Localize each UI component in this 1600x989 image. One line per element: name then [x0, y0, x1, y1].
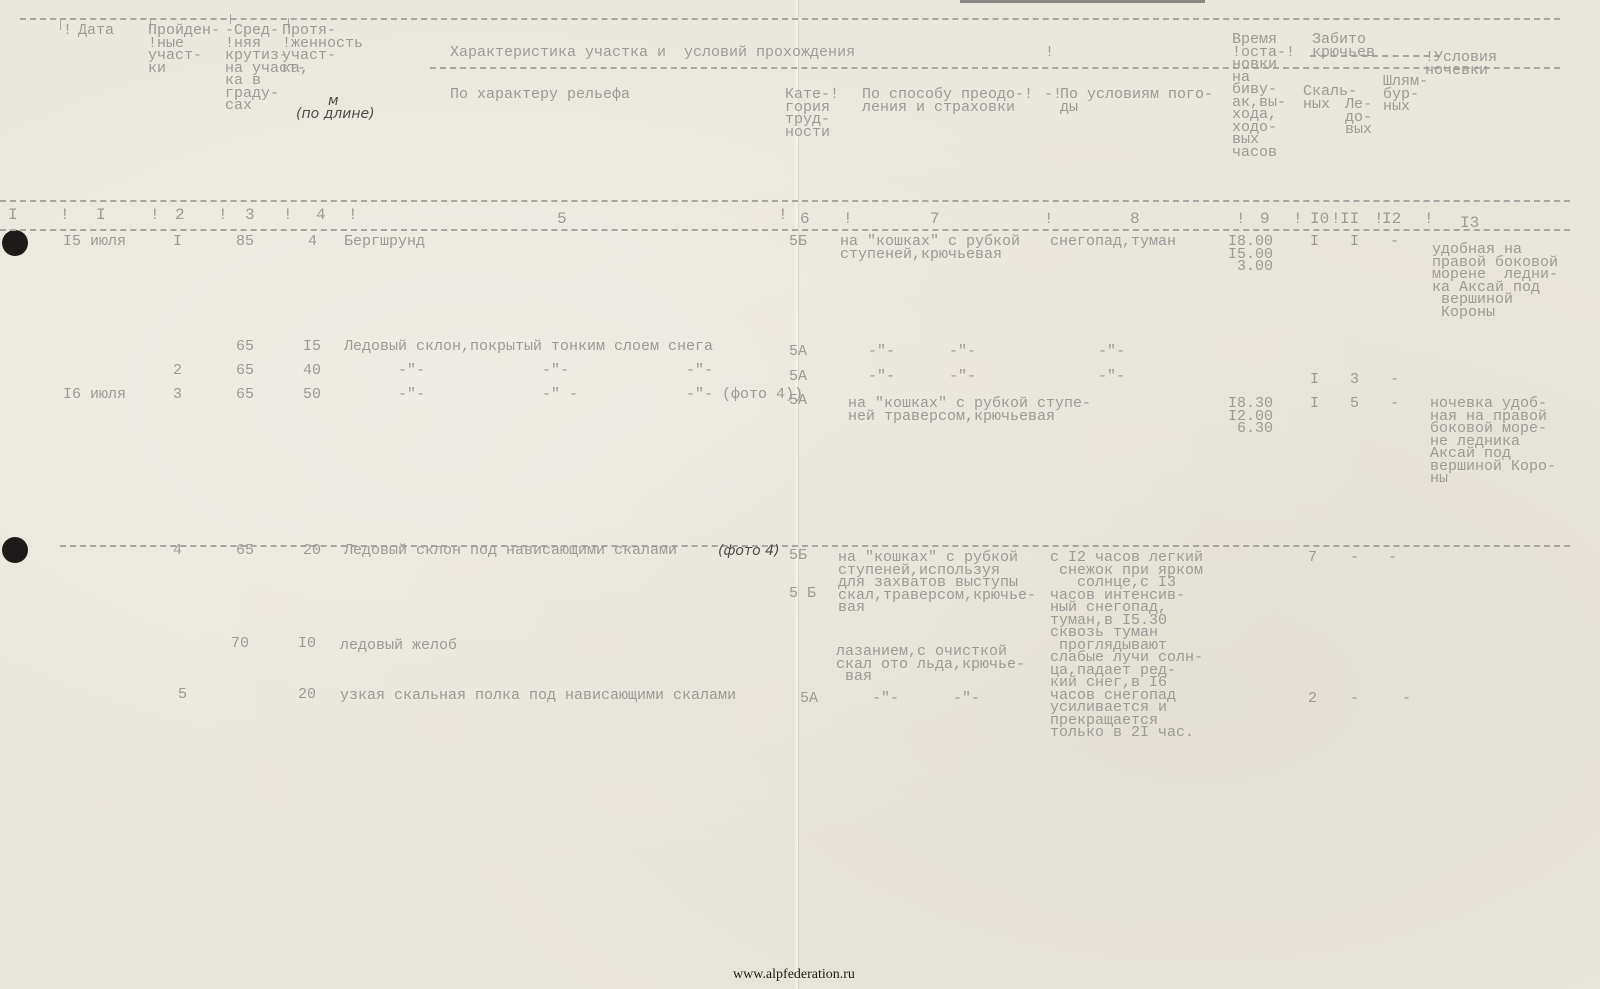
cell-method: -"- -"- [872, 693, 980, 706]
colnum: I [96, 206, 106, 224]
cell-category: 5А [800, 693, 818, 706]
cell-relief: узкая скальная полка под нависающими ска… [340, 690, 736, 703]
cell-method: на "кошках" с рубкой ступеней,используя … [838, 552, 1036, 615]
cell-length: 50 [303, 389, 321, 402]
colnum: 5 [557, 210, 567, 228]
rule-group-header [430, 67, 1560, 69]
header-pitons-bolt: Шлям- бур- ных [1383, 76, 1428, 114]
colnum: 4 [316, 206, 326, 224]
sep: ! [1293, 210, 1303, 228]
cell-section: 3 [173, 389, 182, 402]
cell-relief: Ледовый склон,покрытый тонким слоем снег… [344, 341, 713, 354]
paper-fold-shadow [798, 0, 799, 989]
sep: ! [1236, 210, 1246, 228]
cell-relief-photo-note: (фото 4) [718, 545, 780, 558]
cell-bivouac: ночевка удоб- ная на правой боковой море… [1430, 398, 1556, 486]
header-length-note: (по длине) [296, 108, 375, 121]
cell-relief: Бергшрунд [344, 236, 425, 249]
cell-section: 2 [173, 365, 182, 378]
cell-weather: снегопад,туман [1050, 236, 1176, 249]
cell-date: I6 июля [63, 389, 126, 402]
cell-section: I [173, 236, 182, 249]
watermark-url: www.alpfederation.ru [733, 967, 855, 983]
sep: ! [1044, 210, 1054, 228]
colnum: 3 [245, 206, 255, 224]
cell-weather: -"- [1098, 371, 1125, 384]
cell-date: I5 июля [63, 236, 126, 249]
cell-category: 5А [789, 395, 807, 408]
cell-steepness: 85 [236, 236, 254, 249]
cell-pitons-bolt: - [1390, 398, 1399, 411]
cell-pitons-rock: I [1310, 398, 1319, 411]
cell-pitons-bolt: - [1402, 693, 1411, 706]
cell-relief: -"- -"- -"- [398, 365, 713, 378]
sep: ! [843, 210, 853, 228]
cell-pitons-rock: 7 [1308, 552, 1317, 565]
header-time: Время !оста-! новки на биву- ак,вы- хода… [1232, 34, 1295, 159]
colnum: I [8, 206, 18, 224]
colnum: I2 [1382, 210, 1401, 228]
header-length: Протя- !женность участ- ка, [282, 25, 363, 75]
cell-pitons-rock: 2 [1308, 693, 1317, 706]
sep: ! [283, 206, 293, 224]
header-pitons-group: Забито крючьев [1312, 34, 1375, 59]
header-category: Кате-! гория труд- ности [785, 89, 839, 139]
cell-category: 5Б [789, 550, 807, 563]
sep: ! [150, 206, 160, 224]
cell-pitons-ice: 5 [1350, 398, 1359, 411]
cell-steepness: 65 [236, 389, 254, 402]
cell-time: I8.00 I5.00 3.00 [1228, 236, 1273, 274]
header-method: По способу преодо-! ления и страховки [862, 89, 1033, 114]
cell-category-alt: 5 Б [789, 588, 816, 601]
cell-method: -"- -"- [868, 371, 976, 384]
colnum: I0 [1310, 210, 1329, 228]
cell-method: лазанием,с очисткой скал ото льда,крючье… [836, 646, 1025, 684]
cell-steepness: 65 [236, 545, 254, 558]
cell-length: 4 [308, 236, 317, 249]
cell-steepness: 65 [236, 365, 254, 378]
cell-length: 40 [303, 365, 321, 378]
cell-bivouac: удобная на правой боковой морене ледни- … [1432, 244, 1558, 319]
cell-method: -"- -"- [868, 346, 976, 359]
header-bang: ! [1045, 47, 1054, 60]
cell-section: 4 [173, 545, 182, 558]
header-group-title: Характеристика участка и условий прохожд… [450, 47, 855, 60]
punch-hole [2, 230, 28, 256]
header-pitons-ice: Ле- до- вых [1345, 99, 1372, 137]
cell-pitons-rock: I [1310, 236, 1319, 249]
colnum: I3 [1460, 214, 1479, 232]
cell-weather: -"- [1098, 346, 1125, 359]
punch-hole [2, 537, 28, 563]
header-bivouac: !Условия ночевки [1425, 52, 1497, 77]
colnum: 9 [1260, 210, 1270, 228]
cell-method: на "кошках" с рубкой ступе- ней траверсо… [848, 398, 1091, 423]
cell-pitons-ice: - [1350, 693, 1359, 706]
header-date: Дата [78, 25, 114, 38]
sep: ! [1424, 210, 1434, 228]
cell-length: I0 [298, 638, 316, 651]
header-date-bang: ! [63, 25, 72, 38]
cell-method: на "кошках" с рубкой ступеней,крючьевая [840, 236, 1020, 261]
cell-relief: -"- -" - -"- (фото 4)) [398, 389, 803, 402]
header-weather: По условиям пого- ды [1060, 89, 1213, 114]
colnum: II [1340, 210, 1359, 228]
cell-relief: Ледовый склон под нависающими скалами [344, 545, 677, 558]
colnum: 7 [930, 210, 940, 228]
rule-top [20, 18, 1560, 20]
sep: ! [778, 206, 788, 224]
cell-pitons-ice: 3 [1350, 374, 1359, 387]
top-edge-mark [960, 0, 1205, 3]
rule-header-bottom [0, 200, 1570, 202]
colnum: 6 [800, 210, 810, 228]
header-passed-sections: Пройден- !ные участ- ки [148, 25, 220, 75]
cell-length: 20 [303, 545, 321, 558]
sep: ! [348, 206, 358, 224]
cell-pitons-rock: I [1310, 374, 1319, 387]
cell-pitons-bolt: - [1390, 374, 1399, 387]
cell-pitons-ice: I [1350, 236, 1359, 249]
rule-column-numbers [0, 229, 1570, 231]
cell-length: 20 [298, 689, 316, 702]
sep: ! [60, 206, 70, 224]
colnum: 2 [175, 206, 185, 224]
cell-steepness: 70 [231, 638, 249, 651]
cell-pitons-bolt: - [1390, 236, 1399, 249]
tick [60, 18, 61, 30]
cell-category: 5А [789, 371, 807, 384]
cell-time: I8.30 I2.00 6.30 [1228, 398, 1273, 436]
cell-pitons-bolt: - [1388, 552, 1397, 565]
cell-steepness: 65 [236, 341, 254, 354]
sep: ! [218, 206, 228, 224]
cell-length: I5 [303, 341, 321, 354]
cell-category: 5А [789, 346, 807, 359]
cell-category: 5Б [789, 236, 807, 249]
rule-day-separator [60, 545, 1570, 547]
cell-section: 5 [178, 689, 187, 702]
cell-pitons-ice: - [1350, 552, 1359, 565]
cell-relief: ледовый желоб [340, 640, 457, 653]
header-relief: По характеру рельефа [450, 89, 630, 102]
cell-weather: с I2 часов легкий снежок при ярком солнц… [1050, 552, 1203, 740]
colnum: 8 [1130, 210, 1140, 228]
